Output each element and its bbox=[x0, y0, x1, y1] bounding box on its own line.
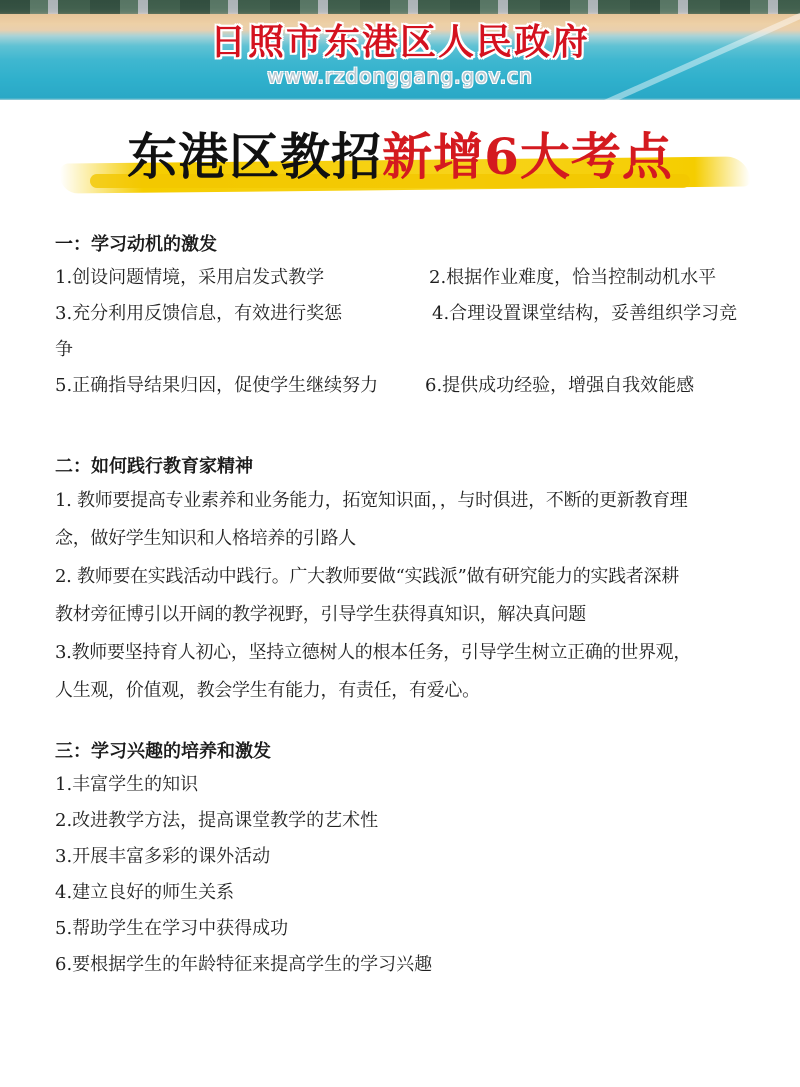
paragraph-line: 1. 教师要提高专业素养和业务能力，拓宽知识面，，与时俱进，不断的更新教育理 bbox=[55, 482, 775, 520]
paragraph-line: 教材旁征博引以开阔的教学视野，引导学生获得真知识，解决真问题 bbox=[55, 596, 775, 634]
list-item: 4.合理设置课堂结构，妥善组织学习竞 bbox=[432, 296, 737, 332]
section-title: 二：如何践行教育家精神 bbox=[55, 452, 775, 482]
list-item: 1.丰富学生的知识 bbox=[55, 767, 775, 803]
section-learning-interest: 三：学习兴趣的培养和激发 1.丰富学生的知识 2.改进教学方法，提高课堂教学的艺… bbox=[55, 737, 775, 983]
website-url: www.rzdonggang.gov.cn bbox=[0, 64, 800, 88]
section-educator-spirit: 二：如何践行教育家精神 1. 教师要提高专业素养和业务能力，拓宽知识面，，与时俱… bbox=[55, 452, 775, 710]
list-item: 1.创设问题情境，采用启发式教学 bbox=[55, 260, 324, 296]
paragraph-line: 人生观，价值观，教会学生有能力，有责任，有爱心。 bbox=[55, 672, 775, 710]
paragraph-line: 3.教师要坚持育人初心，坚持立德树人的根本任务，引导学生树立正确的世界观， bbox=[55, 634, 775, 672]
list-item: 3.充分利用反馈信息，有效进行奖惩 bbox=[55, 296, 342, 332]
list-row: 5.正确指导结果归因，促使学生继续努力 6.提供成功经验，增强自我效能感 bbox=[55, 368, 775, 404]
list-row: 争 bbox=[55, 332, 775, 368]
list-item: 6.要根据学生的年龄特征来提高学生的学习兴趣 bbox=[55, 947, 775, 983]
header-banner: 日照市东港区人民政府 www.rzdonggang.gov.cn bbox=[0, 0, 800, 100]
list-item: 4.建立良好的师生关系 bbox=[55, 875, 775, 911]
government-title: 日照市东港区人民政府 bbox=[0, 14, 800, 65]
section-motivation: 一：学习动机的激发 1.创设问题情境，采用启发式教学 2.根据作业难度，恰当控制… bbox=[55, 230, 775, 404]
list-item: 2.根据作业难度，恰当控制动机水平 bbox=[429, 260, 716, 296]
list-item: 6.提供成功经验，增强自我效能感 bbox=[425, 368, 694, 404]
section-title: 三：学习兴趣的培养和激发 bbox=[55, 737, 775, 767]
list-row: 1.创设问题情境，采用启发式教学 2.根据作业难度，恰当控制动机水平 bbox=[55, 260, 775, 296]
title-black-part: 东港区教招 bbox=[127, 127, 382, 186]
headline-block: 东港区教招新增6大考点 bbox=[0, 118, 800, 208]
list-item: 5.正确指导结果归因，促使学生继续努力 bbox=[55, 368, 378, 404]
list-item: 5.帮助学生在学习中获得成功 bbox=[55, 911, 775, 947]
list-item: 2.改进教学方法，提高课堂教学的艺术性 bbox=[55, 803, 775, 839]
paragraph-line: 2. 教师要在实践活动中践行。广大教师要做“实践派”做有研究能力的实践者深耕 bbox=[55, 558, 775, 596]
page-title: 东港区教招新增6大考点 bbox=[0, 122, 800, 192]
section-title: 一：学习动机的激发 bbox=[55, 230, 775, 260]
paragraph-line: 念，做好学生知识和人格培养的引路人 bbox=[55, 520, 775, 558]
list-item: 3.开展丰富多彩的课外活动 bbox=[55, 839, 775, 875]
beach-buildings-image bbox=[0, 0, 800, 14]
title-red-part: 新增6大考点 bbox=[382, 127, 673, 186]
list-item-wrap: 争 bbox=[55, 332, 73, 368]
list-row: 3.充分利用反馈信息，有效进行奖惩 4.合理设置课堂结构，妥善组织学习竞 bbox=[55, 296, 775, 332]
